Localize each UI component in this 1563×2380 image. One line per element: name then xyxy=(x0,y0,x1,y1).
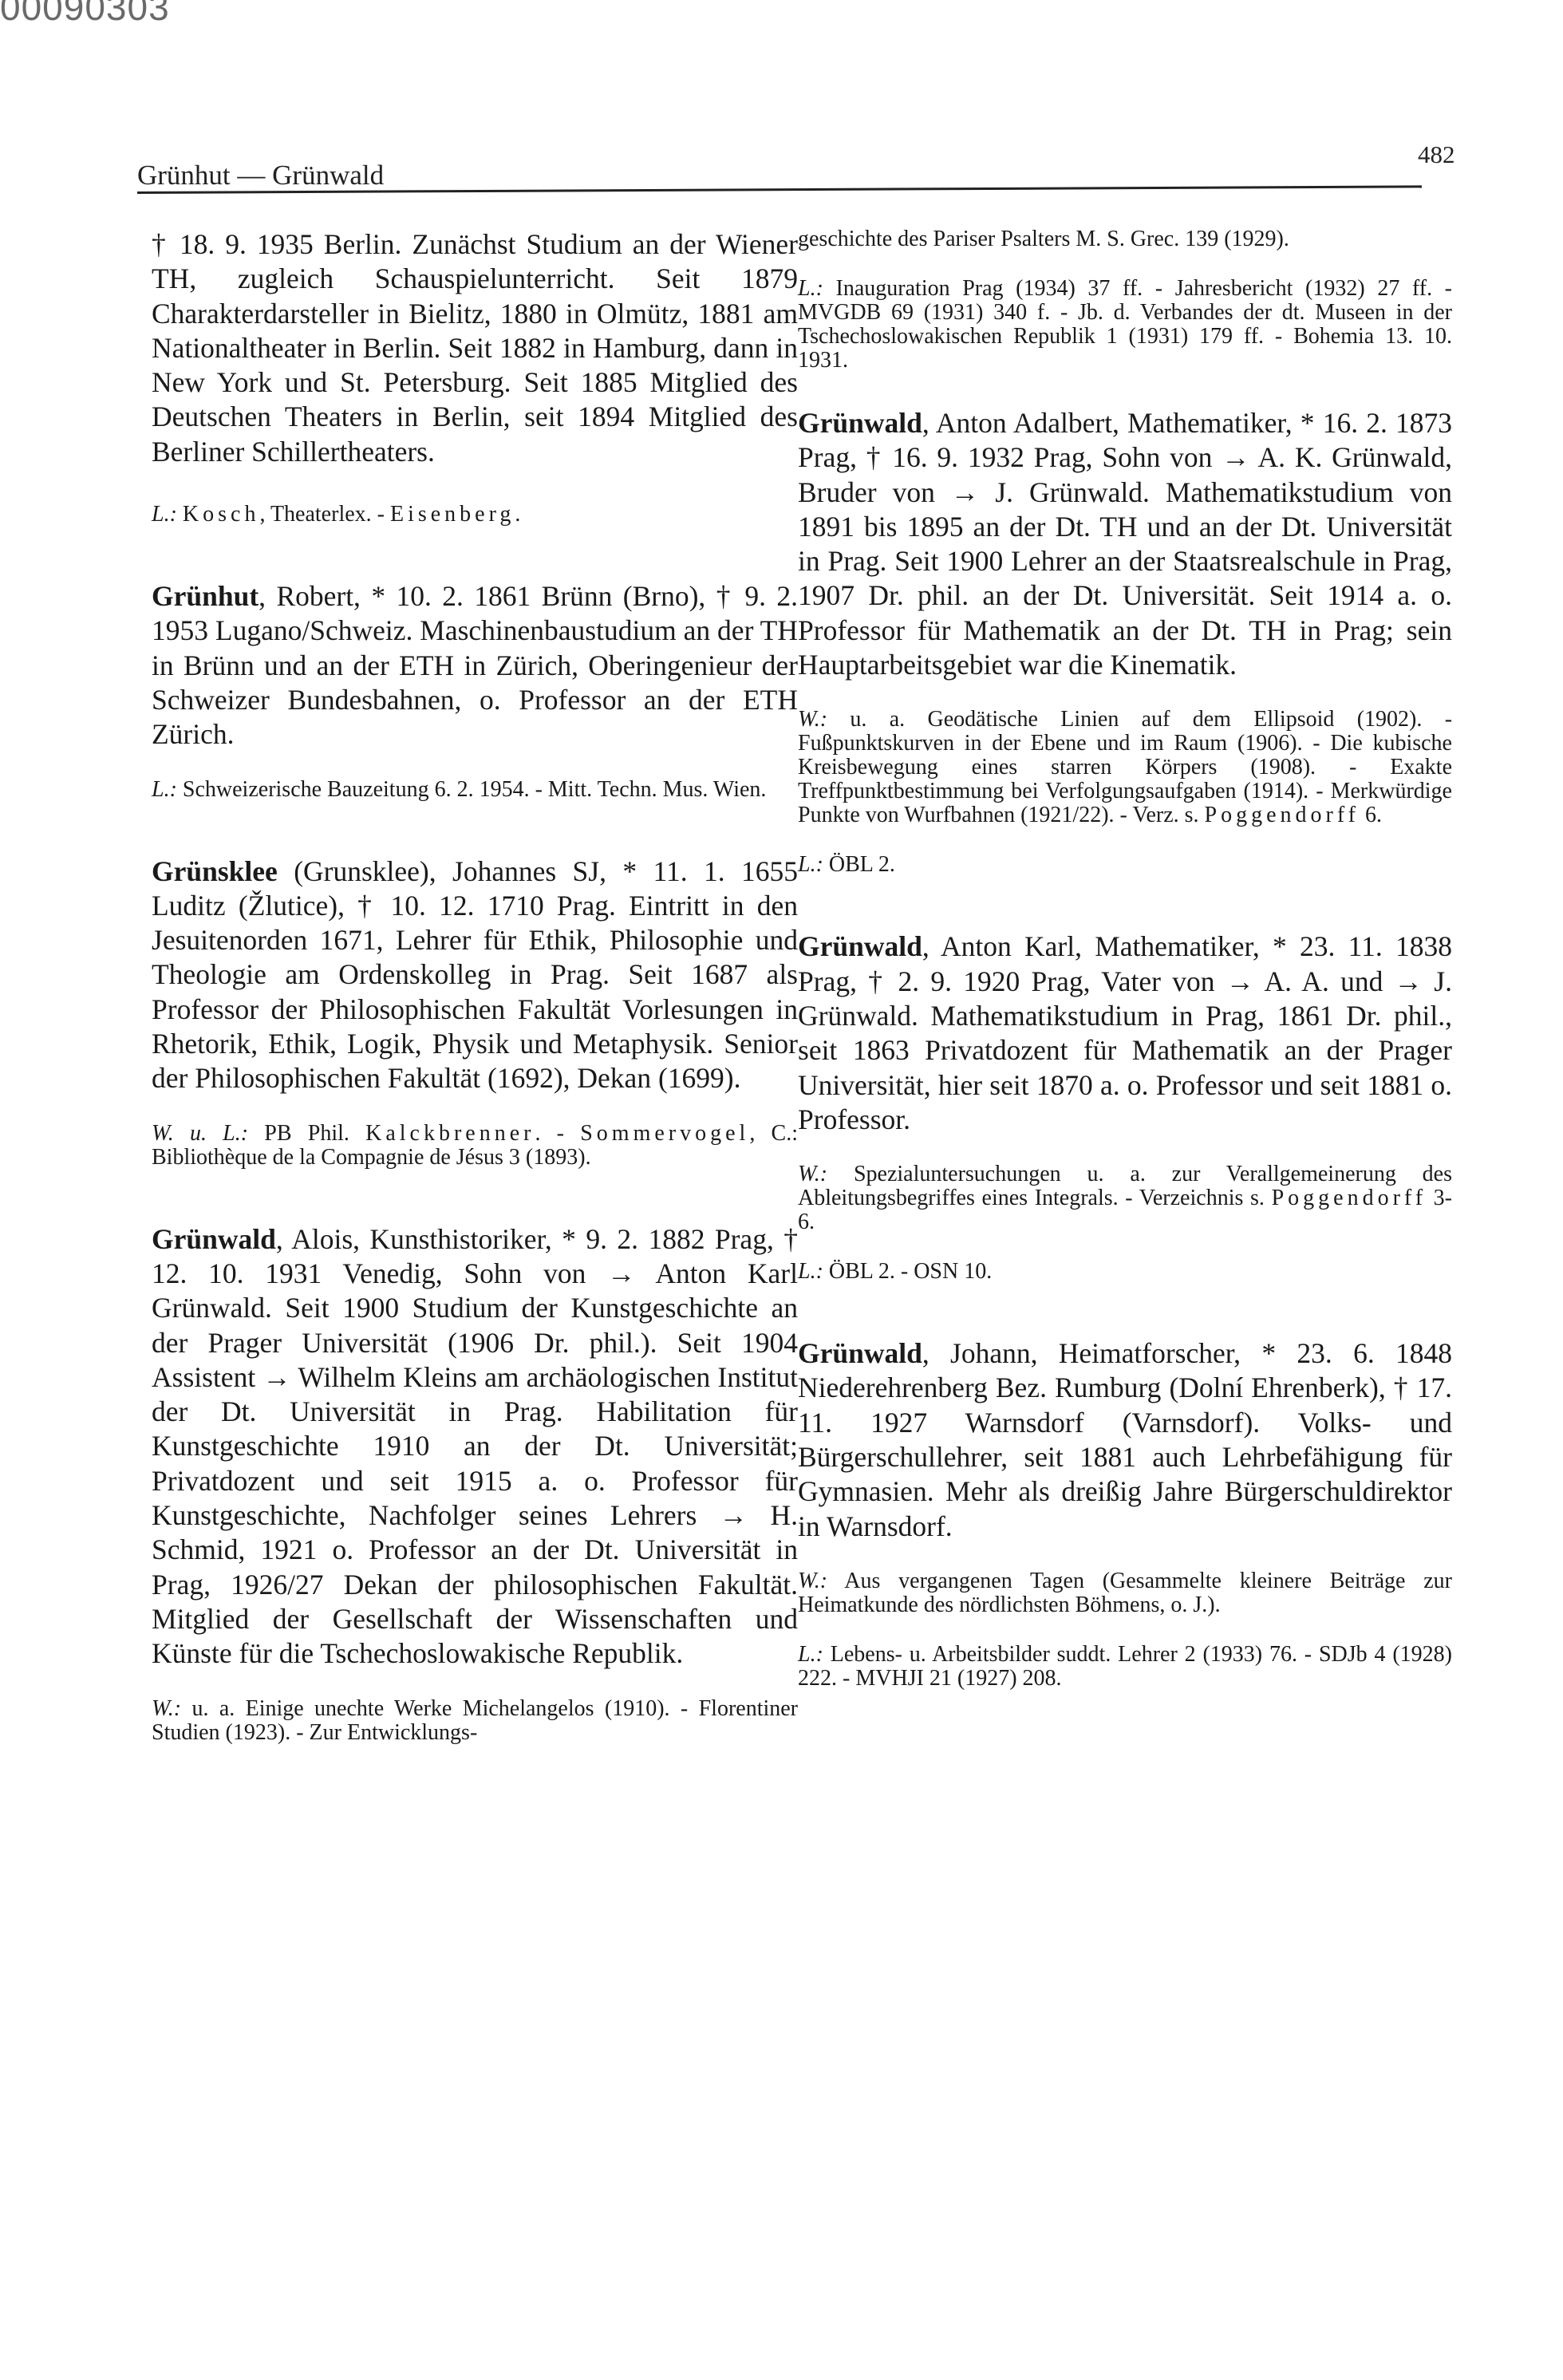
entry-gruenwald-alois: Grünwald, Alois, Kunsthistoriker, * 9. 2… xyxy=(152,1222,798,1745)
entry-body: † 18. 9. 1935 Berlin. Zunächst Studium a… xyxy=(152,227,798,469)
works-ref: W.: u. a. Einige unechte Werke Michelang… xyxy=(152,1697,798,1745)
literature-ref: L.: ÖBL 2. xyxy=(798,853,1452,877)
scan-stamp: 00090303 xyxy=(0,0,170,29)
entry-continuation: † 18. 9. 1935 Berlin. Zunächst Studium a… xyxy=(152,227,798,527)
entry-name: Grünwald xyxy=(798,407,922,439)
entry-body: , Alois, Kunsthistoriker, * 9. 2. 1882 P… xyxy=(152,1223,798,1670)
entry-gruenwald-johann: Grünwald, Johann, Heimatforscher, * 23. … xyxy=(798,1336,1452,1691)
entry-name: Grünwald xyxy=(152,1223,276,1255)
entry-name: Grünsklee xyxy=(152,855,278,887)
literature-ref: L.: Schweizerische Bauzeitung 6. 2. 1954… xyxy=(152,778,798,802)
entry-gruenhut-robert: Grünhut, Robert, * 10. 2. 1861 Brünn (Br… xyxy=(152,579,798,801)
entry-gruenwald-anton-karl: Grünwald, Anton Karl, Mathematiker, * 23… xyxy=(798,930,1452,1284)
works-ref: W.: Aus vergangenen Tagen (Gesammelte kl… xyxy=(798,1569,1452,1617)
entry-name: Grünhut xyxy=(152,580,259,612)
literature-ref: L.: ÖBL 2. - OSN 10. xyxy=(798,1260,1452,1284)
entry-gruensklee-johannes: Grünsklee (Grunsklee), Johannes SJ, * 11… xyxy=(152,855,798,1170)
left-column: † 18. 9. 1935 Berlin. Zunächst Studium a… xyxy=(152,227,798,1745)
literature-ref: L.: Inauguration Prag (1934) 37 ff. - Ja… xyxy=(798,277,1452,373)
entry-gruenwald-anton-adalbert: Grünwald, Anton Adalbert, Mathematiker, … xyxy=(798,406,1452,877)
works-literature-ref: W. u. L.: PB Phil. Kalckbrenner. - Somme… xyxy=(152,1122,798,1170)
entry-name: Grünwald xyxy=(798,1337,922,1369)
entry-name: Grünwald xyxy=(798,930,922,962)
entry-body: , Anton Adalbert, Mathematiker, * 16. 2.… xyxy=(798,407,1452,681)
entry-alois-continuation: geschichte des Pariser Psalters M. S. Gr… xyxy=(798,227,1452,373)
works-ref: W.: Spezialuntersuchungen u. a. zur Vera… xyxy=(798,1162,1452,1234)
literature-ref: L.: Lebens- u. Arbeitsbilder suddt. Lehr… xyxy=(798,1643,1452,1691)
entry-body: (Grunsklee), Johannes SJ, * 11. 1. 1655 … xyxy=(152,855,798,1095)
lit-tag: L.: xyxy=(152,502,177,527)
literature-ref: L.: Kosch, Theaterlex. - Eisenberg. xyxy=(152,503,798,527)
works-ref: W.: u. a. Geodätische Linien auf dem Ell… xyxy=(798,708,1452,827)
works-ref: geschichte des Pariser Psalters M. S. Gr… xyxy=(798,227,1452,251)
running-title: Grünhut — Grünwald xyxy=(137,160,384,191)
right-column: geschichte des Pariser Psalters M. S. Gr… xyxy=(798,227,1452,1691)
page-number: 482 xyxy=(1418,140,1455,169)
